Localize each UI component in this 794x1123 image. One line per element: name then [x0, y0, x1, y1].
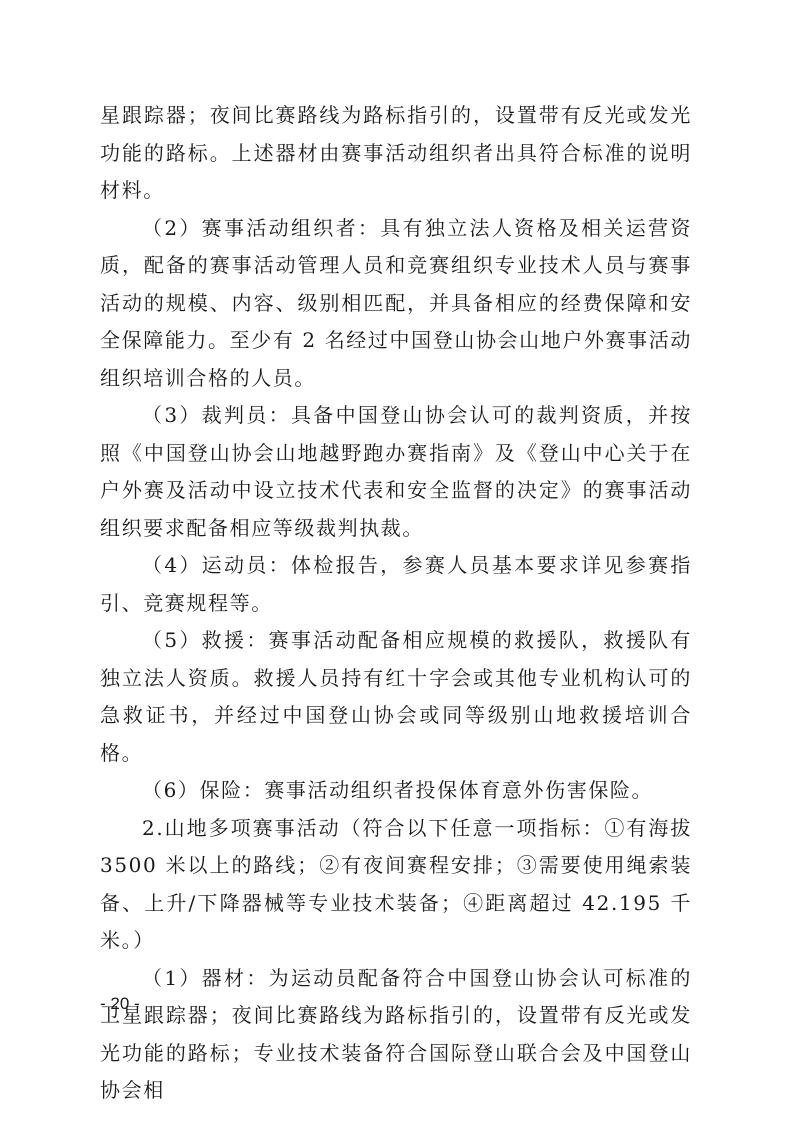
- document-page: 星跟踪器；夜间比赛路线为路标指引的，设置带有反光或发光功能的路标。上述器材由赛事…: [0, 0, 794, 1123]
- paragraph-multi-event-equipment: （1）器材：为运动员配备符合中国登山协会认可标准的卫星跟踪器；夜间比赛路线为路标…: [100, 960, 692, 1110]
- paragraph-insurance: （6）保险：赛事活动组织者投保体育意外伤害保险。: [100, 772, 692, 810]
- paragraph-mountain-multi-event: 2.山地多项赛事活动（符合以下任意一项指标：①有海拔3500 米以上的路线；②有…: [100, 810, 692, 960]
- paragraph-athlete: （4）运动员：体检报告，参赛人员基本要求详见参赛指引、竞赛规程等。: [100, 547, 692, 622]
- paragraph-rescue: （5）救援：赛事活动配备相应规模的救援队，救援队有独立法人资质。救援人员持有红十…: [100, 622, 692, 772]
- document-body: 星跟踪器；夜间比赛路线为路标指引的，设置带有反光或发光功能的路标。上述器材由赛事…: [100, 97, 692, 1110]
- page-number: - 20 -: [100, 994, 140, 1014]
- paragraph-equipment-continued: 星跟踪器；夜间比赛路线为路标指引的，设置带有反光或发光功能的路标。上述器材由赛事…: [100, 97, 692, 210]
- paragraph-referee: （3）裁判员：具备中国登山协会认可的裁判资质，并按照《中国登山协会山地越野跑办赛…: [100, 397, 692, 547]
- paragraph-event-organizer: （2）赛事活动组织者：具有独立法人资格及相关运营资质，配备的赛事活动管理人员和竞…: [100, 210, 692, 398]
